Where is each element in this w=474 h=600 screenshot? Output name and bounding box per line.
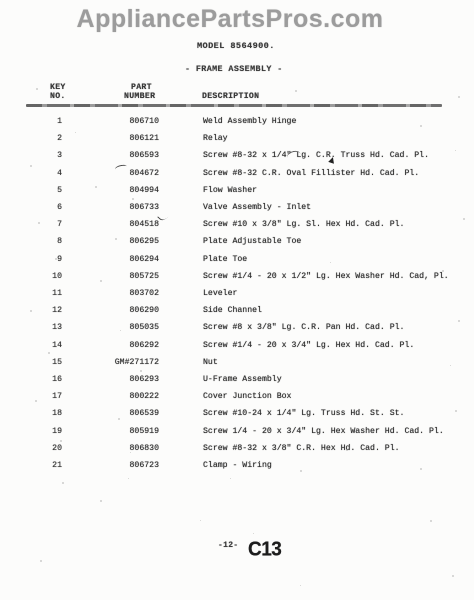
scan-speck [100,280,102,282]
key-no-cell: 3 [26,151,62,160]
table-row: 8806295Plate Adjustable Toe [0,237,474,251]
section-stamp: C13 [248,538,281,561]
description-cell: Relay [203,134,228,143]
part-number-cell: 806295 [93,237,159,246]
table-row: 19805919Screw 1/4 - 20 x 3/4" Lg. Hex Wa… [0,427,474,441]
part-number-cell: 806294 [93,255,159,264]
description-cell: Plate Adjustable Toe [203,237,301,246]
scan-speck [36,88,38,90]
table-row: 11803702Leveler [0,289,474,303]
scan-speck [458,320,460,322]
table-row: 16806293U-Frame Assembly [0,375,474,389]
table-row: 1806710Weld Assembly Hinge [0,117,474,131]
scan-speck [48,352,50,354]
part-number-cell: 806292 [93,341,159,350]
table-row: 6806733Valve Assembly - Inlet [0,203,474,217]
key-no-cell: 18 [26,409,62,418]
scan-speck [140,370,142,372]
part-number-cell: 805035 [93,323,159,332]
table-row: 15GM#271172Nut [0,358,474,372]
scan-speck [62,482,64,484]
scan-speck [442,270,444,272]
key-no-cell: 21 [26,461,62,470]
table-row: 20806830Screw #8-32 x 3/8" C.R. Hex Hd. … [0,444,474,458]
part-number-cell: 806539 [93,409,159,418]
table-row: 13805035Screw #8 x 3/8" Lg. C.R. Pan Hd.… [0,323,474,337]
description-cell: Nut [203,358,218,367]
scan-speck [330,262,331,263]
scan-speck [295,90,297,92]
scan-speck [60,440,62,442]
scan-speck [420,125,422,127]
description-cell: Screw #8-32 x 3/8" C.R. Hex Hd. Cad. Pl. [203,444,400,453]
table-row: 5804994Flow Washer [0,186,474,200]
key-no-cell: 17 [26,392,62,401]
key-no-cell: 8 [26,237,62,246]
part-number-cell: 804994 [93,186,159,195]
scan-speck [132,198,134,200]
description-cell: Leveler [203,289,237,298]
key-no-cell: 13 [26,323,62,332]
table-row: 3806593Screw #8-32 x 1/4" Lg. C.R. Truss… [0,151,474,165]
scan-speck [455,410,457,412]
table-row: 7804518Screw #10 x 3/8" Lg. Sl. Hex Hd. … [0,220,474,234]
description-cell: Screw #1/4 - 20 x 3/4" Lg. Hex Hd. Cad. … [203,341,414,350]
table-row: 9806294Plate Toe [0,255,474,269]
table-row: 10805725Screw #1/4 - 20 x 1/2" Lg. Hex W… [0,272,474,286]
scan-speck [450,365,451,366]
table-row: 18806539Screw #10-24 x 1/4" Lg. Truss Hd… [0,409,474,423]
key-no-cell: 20 [26,444,62,453]
table-row: 12806290Side Channel [0,306,474,320]
part-number-cell: 806293 [93,375,159,384]
description-cell: Clamp - Wiring [203,461,272,470]
description-cell: Side Channel [203,306,262,315]
part-number-cell: 806830 [93,444,159,453]
part-number-cell: 806723 [93,461,159,470]
scan-speck [463,218,465,220]
key-no-cell: 7 [26,220,62,229]
scan-speck [300,585,301,586]
document-page: AppliancePartsPros.com MODEL 8564900. - … [0,0,474,600]
scan-speck [300,470,302,472]
scan-speck [118,418,120,420]
scan-speck [55,258,57,260]
description-cell: Cover Junction Box [203,392,291,401]
table-row: 2806121Relay [0,134,474,148]
part-number-cell: 806710 [93,117,159,126]
description-cell: Screw #1/4 - 20 x 1/2" Lg. Hex Washer Hd… [203,272,449,281]
description-cell: Plate Toe [203,255,247,264]
scan-speck [346,449,348,451]
description-cell: Screw #8-32 C.R. Oval Fillister Hd. Cad.… [203,169,419,178]
key-no-cell: 14 [26,341,62,350]
scan-speck [120,330,121,331]
scan-speck [35,400,37,402]
key-no-cell: 15 [26,358,62,367]
scan-speck [420,468,422,470]
scan-speck [430,520,432,522]
key-no-cell: 16 [26,375,62,384]
scan-speck [95,186,97,188]
scan-speck [230,478,231,479]
scan-speck [253,533,254,534]
scan-speck [452,575,454,577]
parts-table: 1806710Weld Assembly Hinge2806121Relay38… [0,0,474,600]
scan-speck [30,165,32,167]
scan-speck [40,560,42,562]
part-number-cell: 806733 [93,203,159,212]
key-no-cell: 6 [26,203,62,212]
description-cell: Valve Assembly - Inlet [203,203,311,212]
key-no-cell: 11 [26,289,62,298]
table-row: 4804672Screw #8-32 C.R. Oval Fillister H… [0,169,474,183]
part-number-cell: 803702 [93,289,159,298]
part-number-cell: 804518 [93,220,159,229]
scan-speck [458,96,460,98]
scan-speck [130,452,131,453]
key-no-cell: 1 [26,117,62,126]
part-number-cell: 806121 [93,134,159,143]
scan-speck [75,132,76,133]
key-no-cell: 10 [26,272,62,281]
scan-speck [38,222,40,224]
description-cell: Screw #10-24 x 1/4" Lg. Truss Hd. St. St… [203,409,404,418]
description-cell: Screw 1/4 - 20 x 3/4" Lg. Hex Washer Hd.… [203,427,444,436]
scan-speck [115,238,117,240]
scan-speck [455,150,456,151]
key-no-cell: 5 [26,186,62,195]
part-number-cell: 805725 [93,272,159,281]
part-number-cell: 800222 [93,392,159,401]
part-number-cell: 806593 [93,151,159,160]
scan-speck [100,500,102,502]
description-cell: Screw #8 x 3/8" Lg. C.R. Pan Hd. Cad. Pl… [203,323,404,332]
description-cell: Screw #10 x 3/8" Lg. Sl. Hex Hd. Cad. Pl… [203,220,404,229]
scan-speck [30,310,32,312]
page-number: -12- [218,541,238,550]
table-row: 21806723Clamp - Wiring [0,461,474,475]
description-cell: U-Frame Assembly [203,375,282,384]
part-number-cell: 806290 [93,306,159,315]
table-row: 17800222Cover Junction Box [0,392,474,406]
scan-speck [128,478,129,479]
part-number-cell: 805919 [93,427,159,436]
description-cell: Flow Washer [203,186,257,195]
table-row: 14806292Screw #1/4 - 20 x 3/4" Lg. Hex H… [0,341,474,355]
key-no-cell: 4 [26,169,62,178]
scan-speck [200,520,201,521]
key-no-cell: 2 [26,134,62,143]
key-no-cell: 19 [26,427,62,436]
description-cell: Screw #8-32 x 1/4" Lg. C.R. Truss Hd. Ca… [203,151,429,160]
part-number-cell: GM#271172 [93,358,159,367]
description-cell: Weld Assembly Hinge [203,117,296,126]
